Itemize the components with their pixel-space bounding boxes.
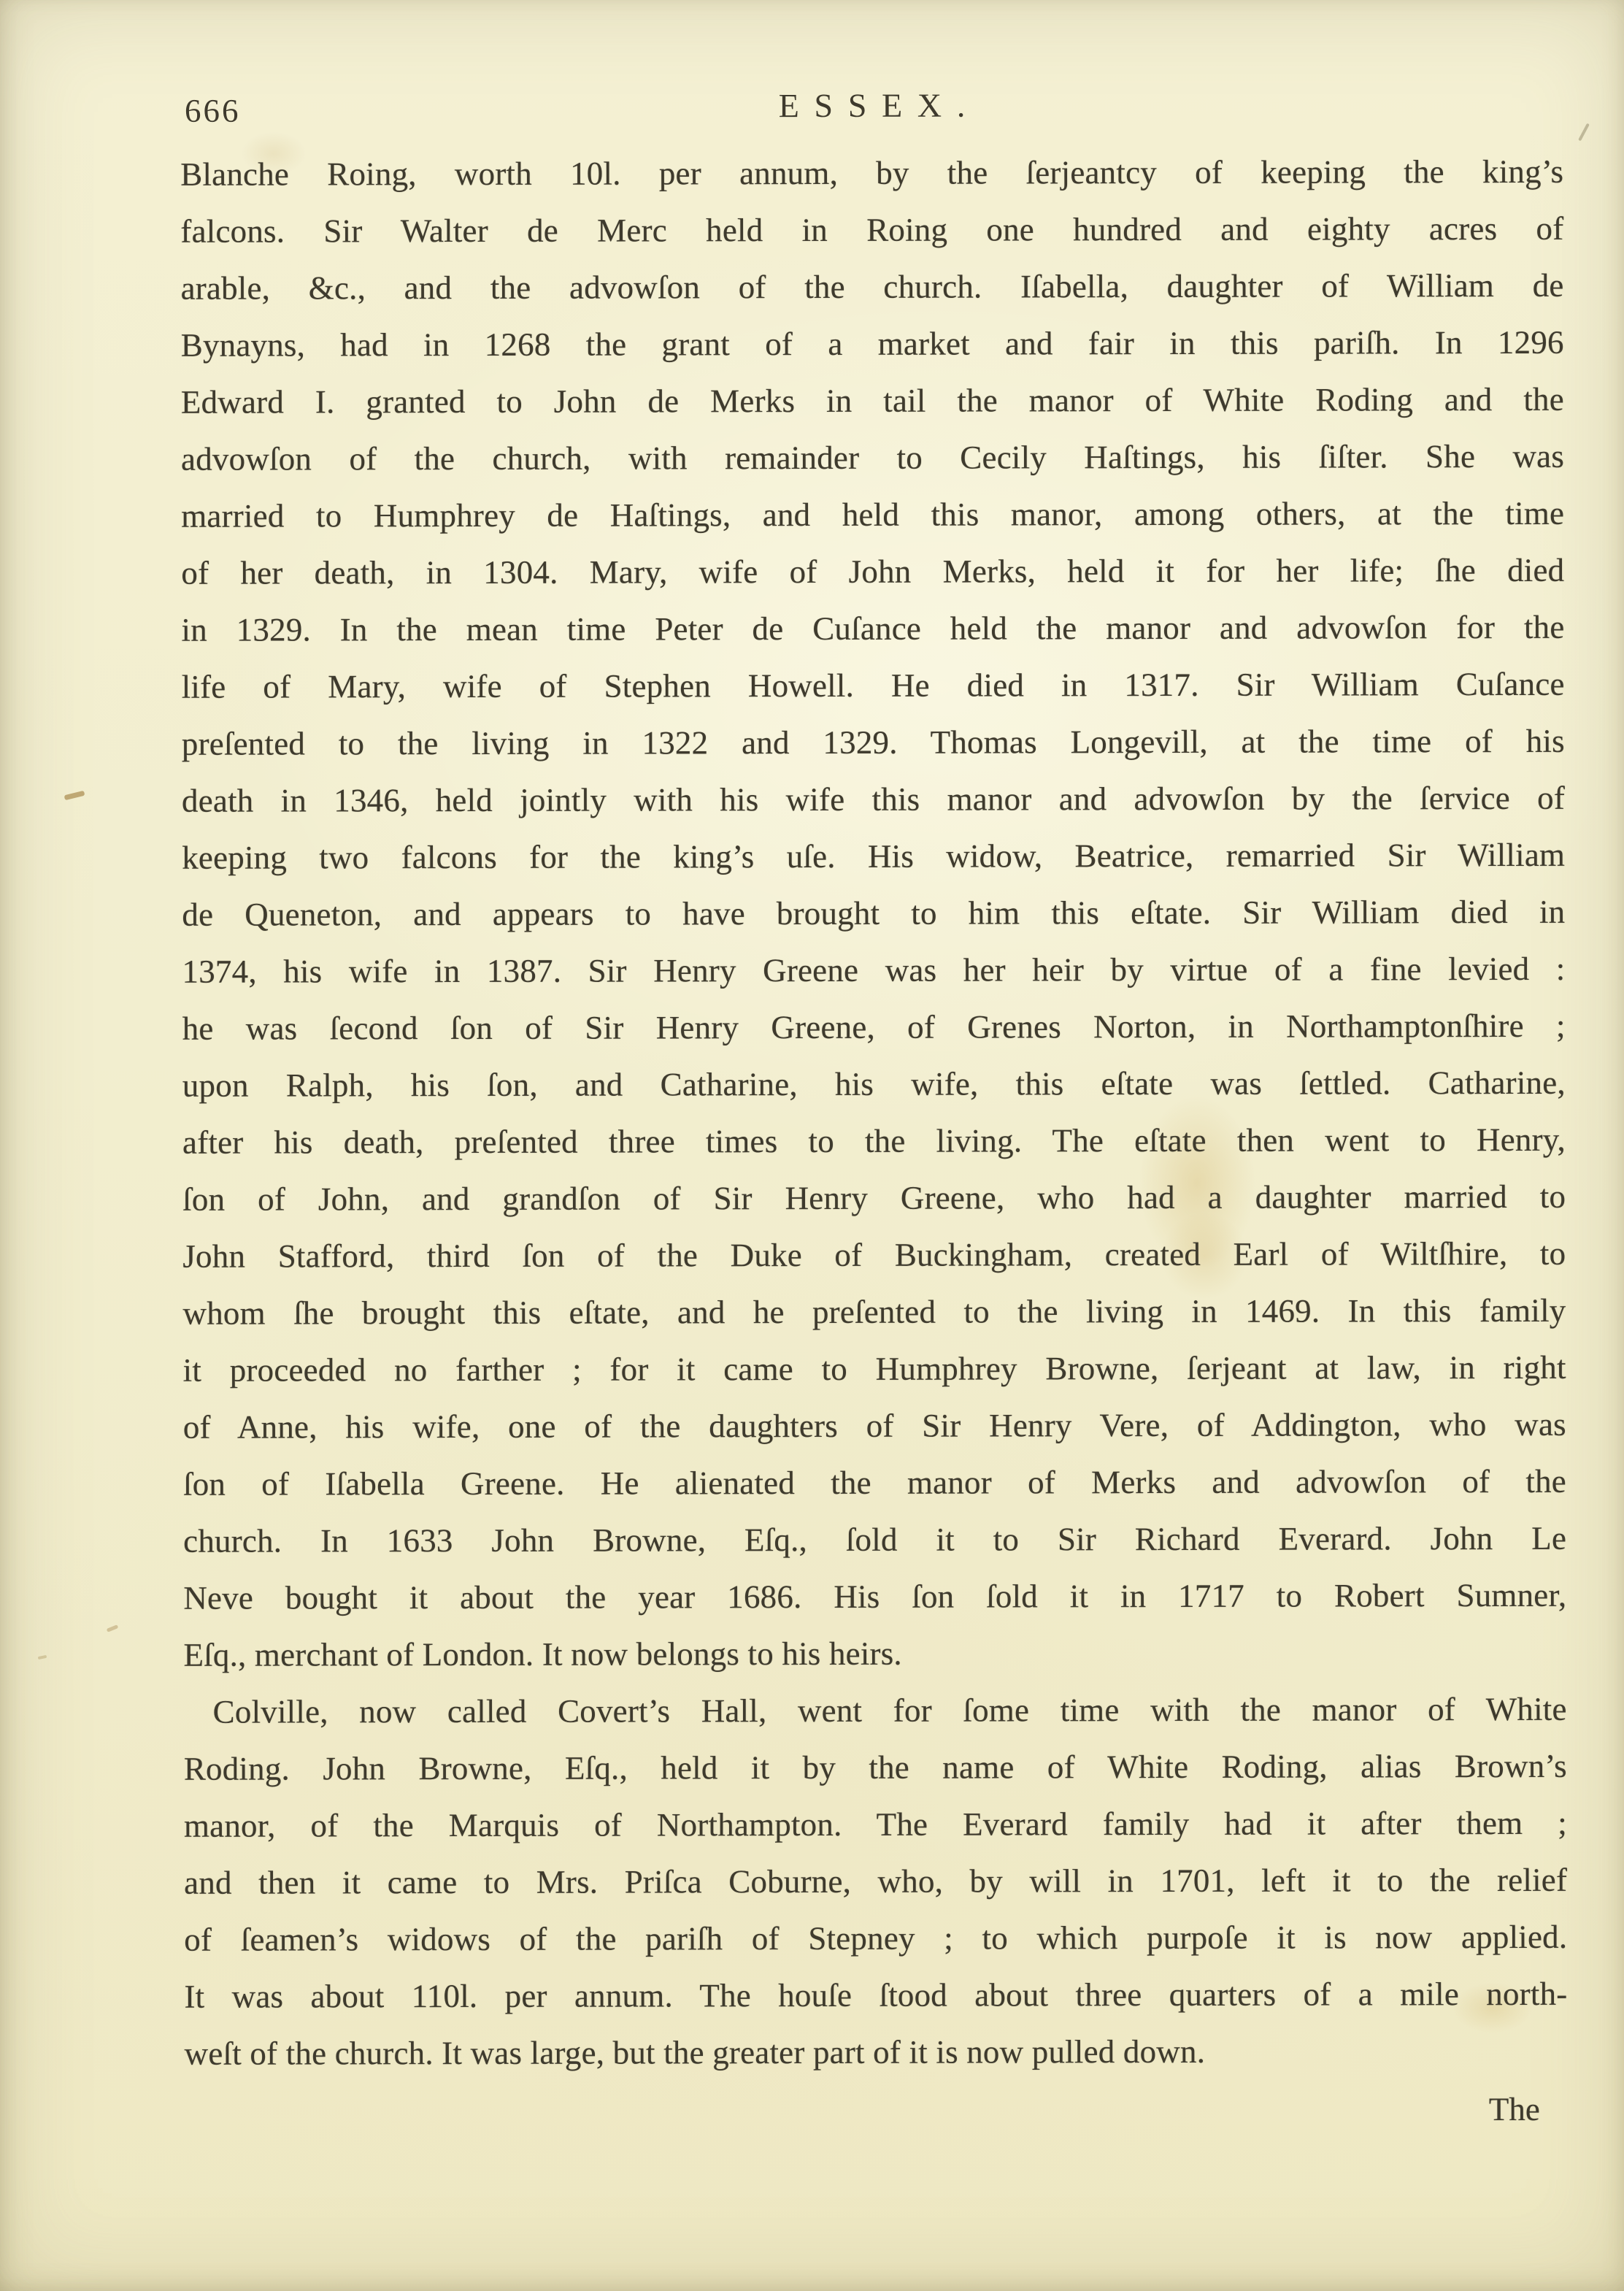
text-line: married to Humphrey de Haſtings, and hel… xyxy=(181,485,1564,545)
text-line: ſon of Iſabella Greene. He alienated the… xyxy=(183,1453,1566,1513)
catchword: The xyxy=(1489,2081,1540,2138)
text-line: he was ſecond ſon of Sir Henry Greene, o… xyxy=(182,997,1566,1057)
text-line: it proceeded no farther ; for it came to… xyxy=(183,1339,1566,1399)
paragraph: Blanche Roing, worth 10l. per annum, by … xyxy=(180,143,1566,1684)
text-line: Edward I. granted to John de Merks in ta… xyxy=(181,371,1564,431)
text-line: John Stafford, third ſon of the Duke of … xyxy=(182,1225,1566,1285)
text-line: whom ſhe brought this eſtate, and he pre… xyxy=(182,1282,1566,1342)
text-line: of ſeamen’s widows of the pariſh of Step… xyxy=(184,1908,1567,1968)
text-line: after his death, preſented three times t… xyxy=(182,1111,1566,1171)
running-title: ESSEX. xyxy=(180,85,1563,126)
text-line: preſented to the living in 1322 and 1329… xyxy=(182,713,1565,772)
text-line: It was about 110l. per annum. The houſe … xyxy=(184,1965,1567,2025)
text-line: Eſq., merchant of London. It now belongs… xyxy=(183,1624,1566,1684)
book-page: 666 ESSEX. Blanche Roing, worth 10l. per… xyxy=(0,0,1624,2291)
text-line: church. In 1633 John Browne, Eſq., ſold … xyxy=(183,1510,1566,1570)
text-line: Colville, now called Covert’s Hall, went… xyxy=(184,1681,1567,1741)
text-line: and then it came to Mrs. Priſca Coburne,… xyxy=(184,1851,1567,1911)
text-line: Bynayns, had in 1268 the grant of a mark… xyxy=(181,314,1564,374)
text-line: 1374, his wife in 1387. Sir Henry Greene… xyxy=(182,940,1565,1000)
text-line: life of Mary, wife of Stephen Howell. He… xyxy=(182,656,1565,715)
text-line: ſon of John, and grandſon of Sir Henry G… xyxy=(182,1168,1566,1228)
text-line: arable, &c., and the advowſon of the chu… xyxy=(180,257,1563,317)
text-line: de Queneton, and appears to have brought… xyxy=(182,883,1565,943)
text-line: keeping two falcons for the king’s uſe. … xyxy=(182,826,1565,886)
text-line: Neve bought it about the year 1686. His … xyxy=(183,1567,1566,1627)
text-line: advowſon of the church, with remainder t… xyxy=(181,428,1564,488)
text-block: Blanche Roing, worth 10l. per annum, by … xyxy=(180,143,1568,2082)
text-line: upon Ralph, his ſon, and Catharine, his … xyxy=(182,1054,1566,1114)
text-line: manor, of the Marquis of Northampton. Th… xyxy=(184,1795,1567,1854)
text-line: weſt of the church. It was large, but th… xyxy=(185,2022,1568,2082)
paragraph: Colville, now called Covert’s Hall, went… xyxy=(184,1681,1568,2082)
text-line: falcons. Sir Walter de Merc held in Roin… xyxy=(180,200,1563,260)
page-number: 666 xyxy=(185,92,241,130)
text-line: Blanche Roing, worth 10l. per annum, by … xyxy=(180,143,1563,203)
text-line: in 1329. In the mean time Peter de Cuſan… xyxy=(181,599,1564,659)
page-header: 666 ESSEX. xyxy=(180,85,1563,131)
text-line: Roding. John Browne, Eſq., held it by th… xyxy=(184,1738,1567,1797)
text-line: death in 1346, held jointly with his wif… xyxy=(182,770,1565,829)
page-content: 666 ESSEX. Blanche Roing, worth 10l. per… xyxy=(0,0,1624,2291)
text-line: of Anne, his wife, one of the daughters … xyxy=(183,1396,1566,1456)
text-line: of her death, in 1304. Mary, wife of Joh… xyxy=(181,542,1564,602)
